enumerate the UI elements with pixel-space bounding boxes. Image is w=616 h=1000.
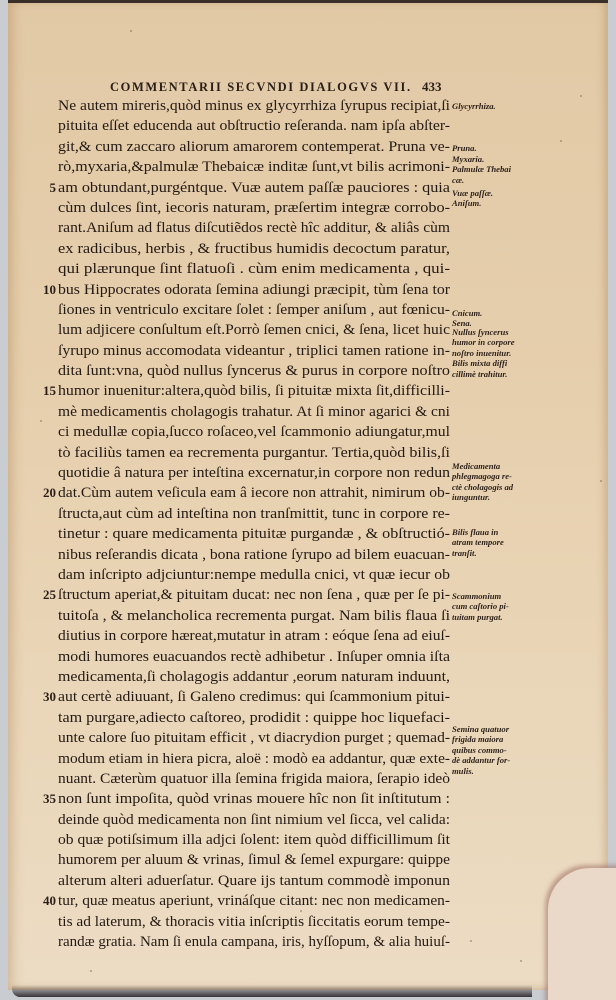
margin-note-line: Palmulæ Thebai: [452, 164, 532, 174]
line-text: randæ gratia. Nam ſi enula campana, iris…: [58, 932, 450, 952]
line-number: 5: [36, 178, 56, 198]
text-line: rò,myxaria,&palmulæ Thebaicæ inditæ ſunt…: [58, 157, 458, 177]
text-line: alterum alteri aduerſatur. Quare ijs tan…: [58, 871, 458, 891]
thumb-holding-page: [548, 868, 616, 1000]
text-line: 35non ſunt impoſita, quòd vrinas mouere …: [58, 789, 458, 809]
margin-note-line: tuitam purgat.: [452, 612, 532, 622]
text-line: Ne autem mireris,quòd minus ex glycyrrhi…: [58, 96, 458, 116]
text-line: tuitoſa , & melancholica recrementa purg…: [58, 606, 458, 626]
line-text: tò faciliùs tamen ea recrementa purgantu…: [58, 443, 450, 463]
page-number: 433: [422, 79, 442, 95]
text-line: dam inſcripto adjciuntur:nempe medulla c…: [58, 565, 458, 585]
margin-note-line: Glycyrrhiza.: [452, 101, 532, 111]
line-text: diutius in corpore hæreat,mutatur in atr…: [58, 626, 450, 646]
text-line: diutius in corpore hæreat,mutatur in atr…: [58, 626, 458, 646]
line-text: ſtructa,aut cùm ad inteſtina non tranſmi…: [58, 504, 450, 524]
margin-note-line: quibus commo-: [452, 745, 532, 755]
margin-note-line: tranſit.: [452, 548, 532, 558]
margin-note: Pruna.: [452, 143, 532, 153]
text-line: git,& cum zaccaro aliorum amarorem conte…: [58, 137, 458, 157]
paper-speck: [130, 30, 132, 32]
page-bottom-edge: [12, 985, 532, 997]
text-line: lum adjicere conſultum eſt.Porrò ſemen c…: [58, 320, 458, 340]
line-number: 15: [36, 381, 56, 401]
text-line: 5am obtundant,purgéntque. Vuæ autem paſſ…: [58, 178, 458, 198]
body-text: Ne autem mireris,quòd minus ex glycyrrhi…: [58, 96, 458, 952]
margin-note-line: humor in corpore: [452, 337, 532, 347]
line-text: humor inuenitur:altera,quòd bilis, ſi pi…: [58, 381, 450, 401]
margin-note-line: Nullus ſyncerus: [452, 327, 532, 337]
text-line: tis ad laterum, & thoracis vitia inſcrip…: [58, 912, 458, 932]
text-line: mè medicamentis cholagogis trahatur. At …: [58, 402, 458, 422]
margin-note-line: mulis.: [452, 766, 532, 776]
margin-note: Scammoniumcum caſtorio pi-tuitam purgat.: [452, 591, 532, 622]
text-line: ſtructa,aut cùm ad inteſtina non tranſmi…: [58, 504, 458, 524]
text-line: 20dat.Cùm autem veſicula eam â iecore no…: [58, 483, 458, 503]
text-line: modum etiam in hiera picra, aloë : modò …: [58, 749, 458, 769]
margin-note: Medicamentaphlegmagoga re-ctè cholagogis…: [452, 461, 532, 503]
text-line: tò faciliùs tamen ea recrementa purgantu…: [58, 443, 458, 463]
paper-speck: [300, 910, 302, 912]
margin-note-line: Vuæ paſſæ.: [452, 188, 532, 198]
margin-note-line: Pruna.: [452, 143, 532, 153]
text-line: ob quæ potiſsimum illa adjci ſolent: ite…: [58, 830, 458, 850]
running-head-title: COMMENTARII SECVNDI DIALOGVS VII.: [110, 80, 412, 95]
text-line: tinetur : quare medicamenta pituitæ purg…: [58, 524, 458, 544]
line-text: quotidie â natura per inteſtina excernat…: [58, 463, 450, 483]
margin-note-line: cillimè trahitur.: [452, 369, 532, 379]
line-text: tis ad laterum, & thoracis vitia inſcrip…: [58, 912, 450, 932]
line-number: 35: [36, 789, 56, 809]
line-text: cùm dulces ſint, iecoris naturam, præſer…: [58, 198, 450, 218]
margin-note: Glycyrrhiza.: [452, 101, 532, 111]
line-text: ſyrupo minus accomodata videantur , trip…: [58, 341, 450, 361]
line-text: ſiones in ventriculo excitare ſolet : ſe…: [58, 300, 450, 320]
line-text: nibus reſerandis dicata , bona ratione ſ…: [58, 545, 450, 565]
line-text: alterum alteri aduerſatur. Quare ijs tan…: [58, 871, 450, 891]
line-text: rant.Aniſum ad flatus diſcutiẽdos rectè …: [58, 218, 450, 238]
line-text: ob quæ potiſsimum illa adjci ſolent: ite…: [58, 830, 450, 850]
line-text: ſtructum aperiat,& pituitam ducat: nec n…: [58, 585, 450, 605]
text-line: quotidie â natura per inteſtina excernat…: [58, 463, 458, 483]
line-number: 25: [36, 585, 56, 605]
line-text: bus Hippocrates odorata ſemina adiungi p…: [58, 280, 450, 300]
line-text: tuitoſa , & melancholica recrementa purg…: [58, 606, 450, 626]
margin-note-line: phlegmagoga re-: [452, 471, 532, 481]
line-text: dat.Cùm autem veſicula eam â iecore non …: [58, 483, 450, 503]
margin-note-line: frigida maiora: [452, 734, 532, 744]
text-line: tam purgare,adiecto caſtoreo, prodidit :…: [58, 708, 458, 728]
margin-note-line: noſtro inuenitur.: [452, 348, 532, 358]
line-text: am obtundant,purgéntque. Vuæ autem paſſæ…: [58, 178, 450, 198]
text-line: dita ſunt:vna, quòd nullus ſyncerus & pu…: [58, 361, 458, 381]
margin-note: Bilis flaua inatram temporetranſit.: [452, 527, 532, 558]
line-text: git,& cum zaccaro aliorum amarorem conte…: [58, 137, 450, 157]
line-text: qui plærunque ſint flatuoſi . cùm enim m…: [58, 259, 450, 279]
paper-speck: [580, 95, 582, 97]
line-text: deinde quòd medicamenta non ſint nimium …: [58, 810, 450, 830]
margin-note-line: Aniſum.: [452, 198, 532, 208]
text-line: ſiones in ventriculo excitare ſolet : ſe…: [58, 300, 458, 320]
paper-speck: [560, 140, 562, 142]
line-number: 20: [36, 483, 56, 503]
margin-note-line: iunguntur.: [452, 492, 532, 502]
margin-note-line: Cnicum.: [452, 308, 532, 318]
line-text: modum etiam in hiera picra, aloë : modò …: [58, 749, 450, 769]
text-line: ci medullæ copia,ſucco roſaceo,vel ſcamm…: [58, 422, 458, 442]
line-text: dam inſcripto adjciuntur:nempe medulla c…: [58, 565, 450, 585]
text-line: ex radicibus, herbis , & fructibus humid…: [58, 239, 458, 259]
line-text: Ne autem mireris,quòd minus ex glycyrrhi…: [58, 96, 450, 116]
line-text: medicamenta,ſi cholagogis addantur ,eoru…: [58, 667, 450, 687]
line-text: dita ſunt:vna, quòd nullus ſyncerus & pu…: [58, 361, 450, 381]
margin-note: Nullus ſyncerushumor in corporenoſtro in…: [452, 327, 532, 379]
margin-note: Vuæ paſſæ.Aniſum.: [452, 188, 532, 209]
margin-note: Myxaria.Palmulæ Thebaicæ.: [452, 154, 532, 185]
text-line: nuant. Cæterùm quatuor illa ſemina frigi…: [58, 769, 458, 789]
line-text: modi humores euacuandos rectè adhibetur …: [58, 647, 450, 667]
text-line: deinde quòd medicamenta non ſint nimium …: [58, 810, 458, 830]
text-line: ſyrupo minus accomodata videantur , trip…: [58, 341, 458, 361]
paper-speck: [470, 940, 472, 942]
text-line: modi humores euacuandos rectè adhibetur …: [58, 647, 458, 667]
margin-note-line: atram tempore: [452, 537, 532, 547]
line-text: ci medullæ copia,ſucco roſaceo,vel ſcamm…: [58, 422, 450, 442]
line-text: tinetur : quare medicamenta pituitæ purg…: [58, 524, 450, 544]
line-number: 40: [36, 891, 56, 911]
line-text: ex radicibus, herbis , & fructibus humid…: [58, 239, 450, 259]
margin-note-line: Medicamenta: [452, 461, 532, 471]
line-number: 10: [36, 280, 56, 300]
margin-note-line: Myxaria.: [452, 154, 532, 164]
paper-speck: [600, 480, 602, 482]
text-line: medicamenta,ſi cholagogis addantur ,eoru…: [58, 667, 458, 687]
text-line: pituita eſſet educenda aut obſtructio re…: [58, 116, 458, 136]
text-line: rant.Aniſum ad flatus diſcutiẽdos rectè …: [58, 218, 458, 238]
line-text: mè medicamentis cholagogis trahatur. At …: [58, 402, 450, 422]
paper-speck: [90, 970, 92, 972]
line-text: rò,myxaria,&palmulæ Thebaicæ inditæ ſunt…: [58, 157, 450, 177]
margin-note-line: Bilis flaua in: [452, 527, 532, 537]
page-top-edge: [8, 0, 608, 3]
margin-note: Semina quatuorfrigida maioraquibus commo…: [452, 724, 532, 776]
paper-speck: [370, 920, 372, 922]
margin-note-line: ctè cholagogis ad: [452, 482, 532, 492]
line-text: non ſunt impoſita, quòd vrinas mouere hî…: [58, 789, 450, 809]
text-line: unte calore ſuo pituitam efficit , vt di…: [58, 728, 458, 748]
paper-speck: [520, 960, 522, 962]
running-head: COMMENTARII SECVNDI DIALOGVS VII. 433: [110, 80, 450, 95]
line-text: tur, quæ meatus aperiunt, vrináſque cita…: [58, 891, 450, 911]
margin-note-line: cæ.: [452, 175, 532, 185]
text-line: 10bus Hippocrates odorata ſemina adiungi…: [58, 280, 458, 300]
text-line: 40tur, quæ meatus aperiunt, vrináſque ci…: [58, 891, 458, 911]
line-text: nuant. Cæterùm quatuor illa ſemina frigi…: [58, 769, 450, 789]
margin-note-line: dè addantur for-: [452, 755, 532, 765]
paper-speck: [40, 420, 42, 422]
text-line: 25ſtructum aperiat,& pituitam ducat: nec…: [58, 585, 458, 605]
line-text: humorem per aluum & vrinas, ſimul & ſeme…: [58, 850, 450, 870]
line-text: unte calore ſuo pituitam efficit , vt di…: [58, 728, 450, 748]
text-line: 30aut certè adiuuant, ſi Galeno credimus…: [58, 687, 458, 707]
text-line: humorem per aluum & vrinas, ſimul & ſeme…: [58, 850, 458, 870]
text-line: randæ gratia. Nam ſi enula campana, iris…: [58, 932, 458, 952]
margin-note-line: Bilis mixta diffi: [452, 358, 532, 368]
text-line: nibus reſerandis dicata , bona ratione ſ…: [58, 545, 458, 565]
line-text: pituita eſſet educenda aut obſtructio re…: [58, 116, 450, 136]
text-line: 15humor inuenitur:altera,quòd bilis, ſi …: [58, 381, 458, 401]
margin-note-line: Scammonium: [452, 591, 532, 601]
line-text: lum adjicere conſultum eſt.Porrò ſemen c…: [58, 320, 450, 340]
line-text: tam purgare,adiecto caſtoreo, prodidit :…: [58, 708, 450, 728]
margin-note-line: Semina quatuor: [452, 724, 532, 734]
margin-note: Cnicum.Sena.: [452, 308, 532, 329]
text-line: qui plærunque ſint flatuoſi . cùm enim m…: [58, 259, 458, 279]
line-text: aut certè adiuuant, ſi Galeno credimus: …: [58, 687, 450, 707]
margin-note-line: cum caſtorio pi-: [452, 601, 532, 611]
text-line: cùm dulces ſint, iecoris naturam, præſer…: [58, 198, 458, 218]
line-number: 30: [36, 687, 56, 707]
